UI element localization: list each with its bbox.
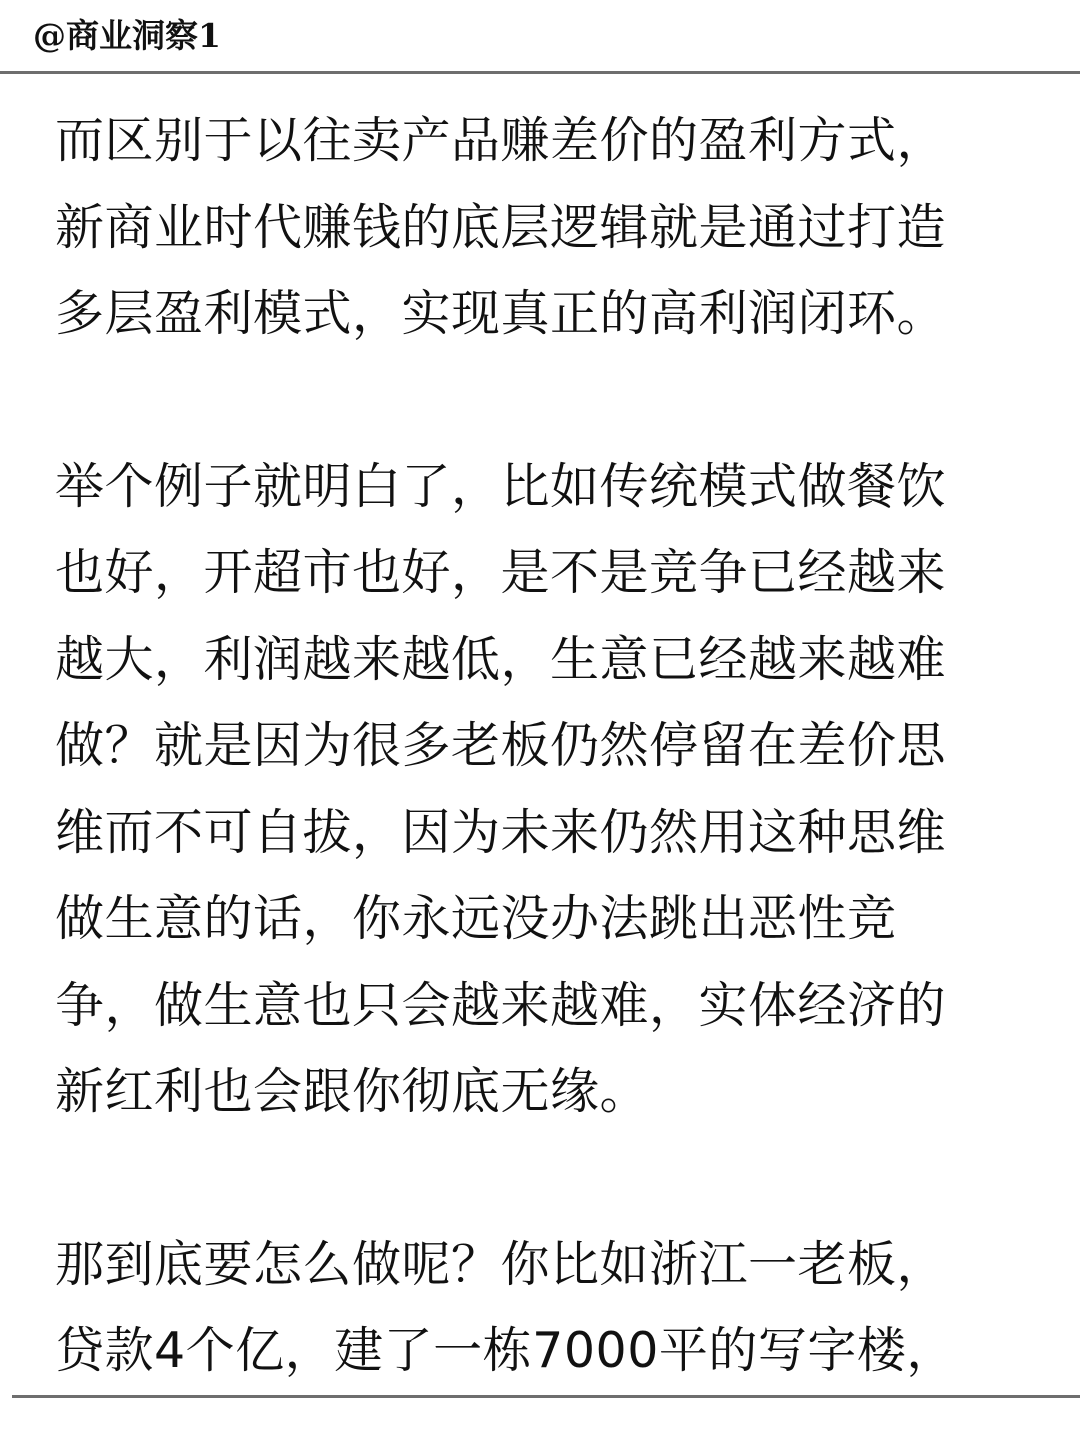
text-line: 也好，开超市也好，是不是竞争已经越来 (55, 530, 1035, 617)
footer-divider (12, 1395, 1080, 1398)
text-line: 贷款4个亿，建了一栋7000平的写字楼， (55, 1308, 1035, 1395)
paragraph-1: 而区别于以往卖产品赚差价的盈利方式， 新商业时代赚钱的底层逻辑就是通过打造 多层… (55, 98, 1035, 358)
paragraph-2: 举个例子就明白了，比如传统模式做餐饮 也好，开超市也好，是不是竞争已经越来 越大… (55, 444, 1035, 1136)
text-line: 新商业时代赚钱的底层逻辑就是通过打造 (55, 185, 1035, 272)
article-body: 而区别于以往卖产品赚差价的盈利方式， 新商业时代赚钱的底层逻辑就是通过打造 多层… (55, 98, 1035, 1395)
header: @商业洞察1 (0, 0, 1080, 72)
author-handle: @商业洞察1 (33, 16, 221, 56)
text-line: 做生意的话，你永远没办法跳出恶性竞 (55, 876, 1035, 963)
text-line: 做？就是因为很多老板仍然停留在差价思 (55, 703, 1035, 790)
text-line: 新红利也会跟你彻底无缘。 (55, 1049, 1035, 1136)
text-line: 越大，利润越来越低，生意已经越来越难 (55, 617, 1035, 704)
text-line: 而区别于以往卖产品赚差价的盈利方式， (55, 98, 1035, 185)
paragraph-spacer (55, 1136, 1035, 1222)
text-line: 举个例子就明白了，比如传统模式做餐饮 (55, 444, 1035, 531)
text-line: 争，做生意也只会越来越难，实体经济的 (55, 963, 1035, 1050)
header-divider (0, 71, 1080, 74)
text-line: 维而不可自拔，因为未来仍然用这种思维 (55, 790, 1035, 877)
paragraph-spacer (55, 358, 1035, 444)
text-line: 多层盈利模式，实现真正的高利润闭环。 (55, 271, 1035, 358)
paragraph-3: 那到底要怎么做呢？你比如浙江一老板， 贷款4个亿，建了一栋7000平的写字楼， (55, 1222, 1035, 1395)
text-line: 那到底要怎么做呢？你比如浙江一老板， (55, 1222, 1035, 1309)
